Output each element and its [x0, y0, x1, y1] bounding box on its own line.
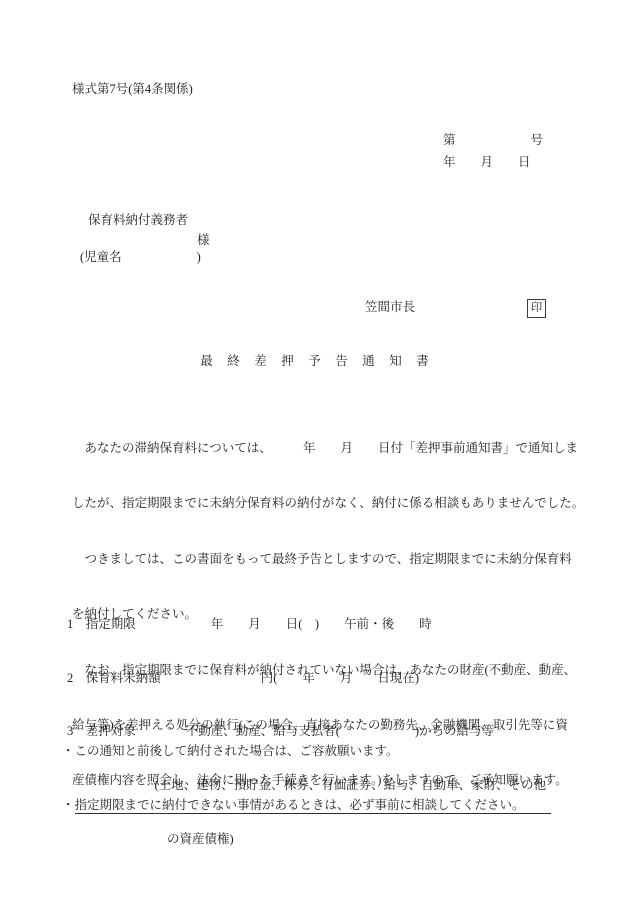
bullet-icon: ・ [62, 742, 75, 762]
item-designated-deadline: 1 指定期限 年 月 日( ) 午前・後 時 [67, 615, 612, 635]
item-unpaid-amount: 2 保育料未納額 円( 年 月 日現在) [67, 669, 612, 689]
addressee-honorific: 様 [197, 232, 210, 249]
form-number: 様式第7号(第4条関係) [72, 81, 193, 98]
child-name-field: (児童名 ) [80, 249, 201, 266]
document-number-line: 第 号 [443, 132, 543, 149]
document-page: 様式第7号(第4条関係) 第 号 年 月 日 保育料納付義務者 様 (児童名 )… [0, 0, 630, 903]
bullet-icon: ・ [62, 796, 75, 816]
body-line: つきましては、この書面をもって最終予告としますので、指定期限までに未納分保育料 [72, 549, 612, 570]
body-line: あなたの滞納保育料については、 年 月 日付「差押事前通知書」で通知しま [72, 438, 612, 459]
document-title: 最 終 差 押 予 告 通 知 書 [0, 353, 630, 370]
footer-notes: ・この通知と前後して納付された場合は、ご容赦願います。 ・指定期限までに納付でき… [62, 708, 612, 850]
note-text-underlined: 指定期限までに納付できない事情があるときは、必ず事前に相談してください。 [75, 798, 551, 814]
seal-stamp: 印 [527, 299, 546, 318]
document-date-line: 年 月 日 [443, 154, 531, 171]
body-line: したが、指定期限までに未納分保育料の納付がなく、納付に係る相談もありませんでした… [72, 493, 612, 514]
issuer-mayor-name: 笠間市長 [365, 299, 415, 316]
note-consult-in-advance: ・指定期限までに納付できない事情があるときは、必ず事前に相談してください。 [62, 796, 612, 816]
addressee-obligor-label: 保育料納付義務者 [88, 212, 188, 229]
note-text: この通知と前後して納付された場合は、ご容赦願います。 [75, 744, 399, 758]
note-payment-crossing: ・この通知と前後して納付された場合は、ご容赦願います。 [62, 742, 612, 762]
